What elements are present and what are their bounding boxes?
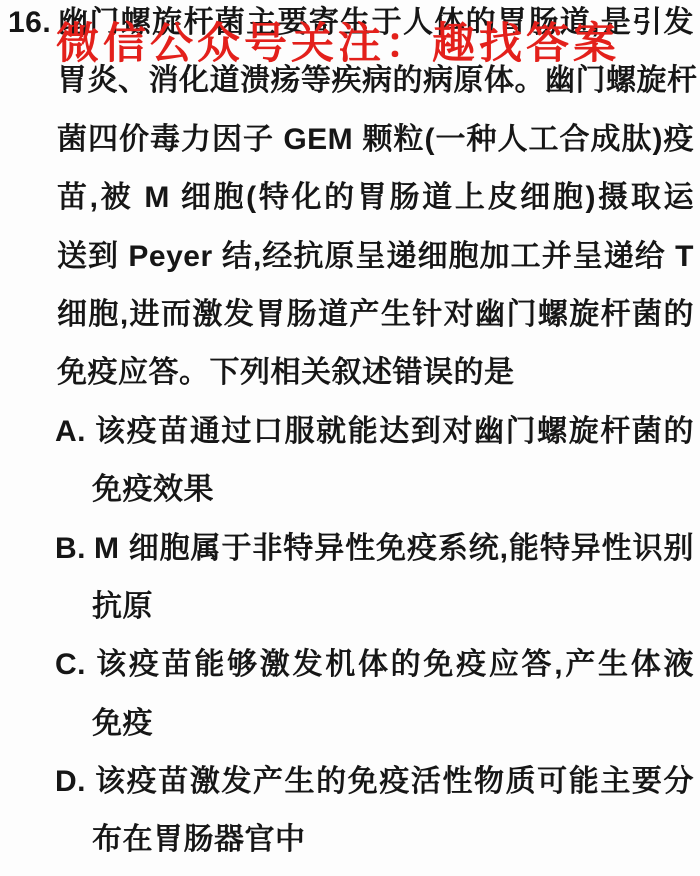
question-stem-line: 菌四价毒力因子 GEM 颗粒(一种人工合成肽)疫 [0, 111, 700, 169]
option-c-line: C.该疫苗能够激发机体的免疫应答,产生体液 [0, 636, 700, 694]
option-d-line: 布在胃肠器官中 [0, 811, 700, 869]
option-b-text: M 细胞属于非特异性免疫系统,能特异性识别 [94, 532, 694, 565]
option-a-label: A. [55, 403, 86, 461]
option-c-label: C. [55, 636, 86, 694]
stem-text: 苗,被 M 细胞(特化的胃肠道上皮细胞)摄取运 [57, 181, 694, 214]
watermark-text: 微信公众号关注：趣找答案 [56, 10, 620, 71]
option-b-label: B. [55, 520, 86, 578]
question-number: 16. [8, 0, 51, 52]
stem-text: 送到 Peyer 结,经抗原呈递细胞加工并呈递给 T [57, 240, 694, 273]
question-stem-line: 细胞,进而激发胃肠道产生针对幽门螺旋杆菌的 [0, 286, 700, 344]
option-d-label: D. [55, 753, 86, 811]
option-c-line: 免疫 [0, 695, 700, 753]
option-a-text: 免疫效果 [92, 473, 214, 506]
exam-page: 微信公众号关注：趣找答案 16.幽门螺旋杆菌主要寄生于人体的胃肠道,是引发 胃炎… [0, 0, 700, 876]
question-stem-line: 送到 Peyer 结,经抗原呈递细胞加工并呈递给 T [0, 228, 700, 286]
option-c-text: 该疫苗能够激发机体的免疫应答,产生体液 [94, 648, 694, 681]
option-d-text: 该疫苗激发产生的免疫活性物质可能主要分 [94, 765, 694, 798]
question-stem-line: 苗,被 M 细胞(特化的胃肠道上皮细胞)摄取运 [0, 169, 700, 227]
option-c-text: 免疫 [92, 707, 153, 740]
option-d-line: D.该疫苗激发产生的免疫活性物质可能主要分 [0, 753, 700, 811]
option-b-text: 抗原 [92, 590, 153, 623]
option-a-text: 该疫苗通过口服就能达到对幽门螺旋杆菌的 [94, 415, 694, 448]
option-b-line: 抗原 [0, 578, 700, 636]
option-d-text: 布在胃肠器官中 [92, 823, 306, 856]
option-a-line: A.该疫苗通过口服就能达到对幽门螺旋杆菌的 [0, 403, 700, 461]
option-b-line: B.M 细胞属于非特异性免疫系统,能特异性识别 [0, 520, 700, 578]
question-block: 16.幽门螺旋杆菌主要寄生于人体的胃肠道,是引发 胃炎、消化道溃疡等疾病的病原体… [0, 0, 700, 870]
stem-text: 菌四价毒力因子 GEM 颗粒(一种人工合成肽)疫 [57, 123, 694, 156]
question-stem-line: 免疫应答。下列相关叙述错误的是 [0, 344, 700, 402]
stem-text: 免疫应答。下列相关叙述错误的是 [57, 356, 515, 389]
option-a-line: 免疫效果 [0, 461, 700, 519]
stem-text: 细胞,进而激发胃肠道产生针对幽门螺旋杆菌的 [57, 298, 694, 331]
